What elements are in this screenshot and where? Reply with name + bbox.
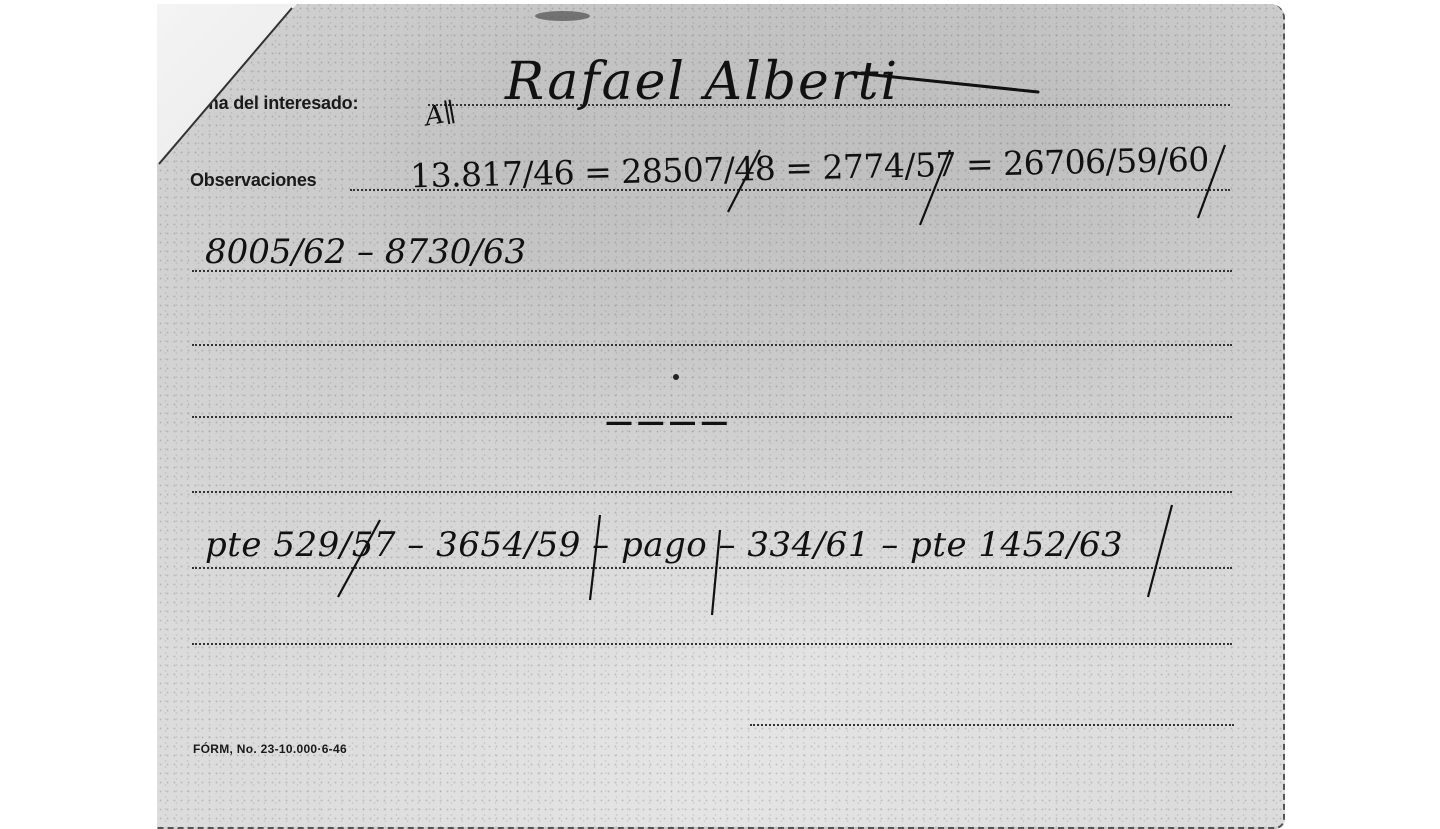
form-number: FÓRM, No. 23-10.000·6-46 [193, 742, 347, 756]
rule-line-7 [192, 567, 1232, 569]
middle-marks: — — — — [605, 405, 725, 438]
observations-line-2: 8005/62 – 8730/63 [205, 232, 526, 272]
signature: Rafael Alberti [505, 52, 899, 112]
ink-smudge [535, 11, 590, 21]
observations-line-3: pte 529/57 – 3654/59 – pago – 334/61 – p… [205, 525, 1123, 565]
rule-line-4 [192, 344, 1232, 346]
rule-line-short [750, 724, 1234, 726]
rule-line-8 [192, 643, 1232, 645]
observations-label: Observaciones [190, 170, 316, 191]
rule-line-6 [192, 491, 1232, 493]
signature-prefix-mark: A∥ [423, 98, 459, 133]
signature-label: rma del interesado: [196, 93, 358, 114]
